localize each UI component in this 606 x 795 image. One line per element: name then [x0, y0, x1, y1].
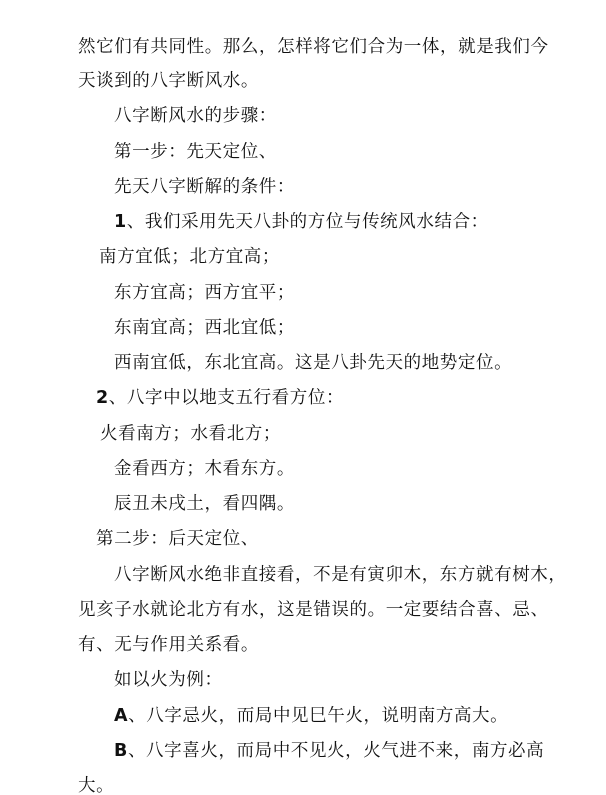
paragraph-line: 先天八字断解的条件： [114, 176, 295, 198]
paragraph-line: 八字断风水绝非直接看，不是有寅卯木，东方就有树木， [114, 564, 567, 586]
line-text: 然它们有共同性。那么，怎样将它们合为一体，就是我们今 [78, 37, 549, 57]
line-text: 火看南方；水看北方； [100, 424, 281, 444]
line-text: 南方宜低；北方宜高； [99, 247, 280, 267]
line-text: 八字断风水的步骤： [114, 106, 277, 126]
paragraph-line: 见亥子水就论北方有水，这是错误的。一定要结合喜、忌、 [78, 599, 549, 621]
line-text: 、八字喜火，而局中不见火，火气进不来，南方必高 [128, 741, 544, 761]
line-text: 如以火为例： [114, 670, 223, 690]
line-text: 东南宜高；西北宜低； [114, 318, 295, 338]
line-text: 、八字中以地支五行看方位： [109, 388, 344, 408]
paragraph-line: 东南宜高；西北宜低； [114, 317, 295, 339]
line-text: 大。 [78, 776, 114, 795]
list-marker: A [114, 706, 128, 726]
paragraph-line: 大。 [78, 775, 114, 795]
line-text: 天谈到的八字断风水。 [78, 71, 259, 91]
line-text: 有、无与作用关系看。 [78, 635, 259, 655]
line-text: 先天八字断解的条件： [114, 177, 295, 197]
line-text: 第一步：先天定位、 [114, 142, 277, 162]
line-text: 、八字忌火，而局中见巳午火，说明南方高大。 [128, 706, 508, 726]
line-text: 见亥子水就论北方有水，这是错误的。一定要结合喜、忌、 [78, 600, 549, 620]
list-item: 1、我们采用先天八卦的方位与传统风水结合： [114, 211, 489, 233]
paragraph-line: 有、无与作用关系看。 [78, 634, 259, 656]
paragraph-line: 西南宜低，东北宜高。这是八卦先天的地势定位。 [114, 352, 512, 374]
paragraph-line: 金看西方；木看东方。 [114, 458, 295, 480]
line-text: 八字断风水绝非直接看，不是有寅卯木，东方就有树木， [114, 565, 567, 585]
list-item: 2、八字中以地支五行看方位： [96, 387, 344, 409]
list-marker: B [114, 741, 128, 761]
step-heading: 第一步：先天定位、 [114, 141, 277, 163]
paragraph-line: 东方宜高；西方宜平； [114, 282, 295, 304]
section-heading: 八字断风水的步骤： [114, 105, 277, 127]
paragraph-line: 然它们有共同性。那么，怎样将它们合为一体，就是我们今 [78, 36, 549, 58]
list-item: A、八字忌火，而局中见巳午火，说明南方高大。 [114, 705, 508, 727]
step-heading: 第二步：后天定位、 [96, 528, 259, 550]
paragraph-line: 南方宜低；北方宜高； [99, 246, 280, 268]
line-text: 西南宜低，东北宜高。这是八卦先天的地势定位。 [114, 353, 512, 373]
paragraph-line: 如以火为例： [114, 669, 223, 691]
paragraph-line: 天谈到的八字断风水。 [78, 70, 259, 92]
line-text: 金看西方；木看东方。 [114, 459, 295, 479]
list-marker: 1 [114, 212, 127, 232]
document-page: 然它们有共同性。那么，怎样将它们合为一体，就是我们今 天谈到的八字断风水。 八字… [0, 0, 606, 795]
line-text: 辰丑未戌土，看四隅。 [114, 494, 295, 514]
line-text: 东方宜高；西方宜平； [114, 283, 295, 303]
paragraph-line: 辰丑未戌土，看四隅。 [114, 493, 295, 515]
list-marker: 2 [96, 388, 109, 408]
line-text: 、我们采用先天八卦的方位与传统风水结合： [127, 212, 489, 232]
paragraph-line: 火看南方；水看北方； [100, 423, 281, 445]
line-text: 第二步：后天定位、 [96, 529, 259, 549]
list-item: B、八字喜火，而局中不见火，火气进不来，南方必高 [114, 740, 544, 762]
